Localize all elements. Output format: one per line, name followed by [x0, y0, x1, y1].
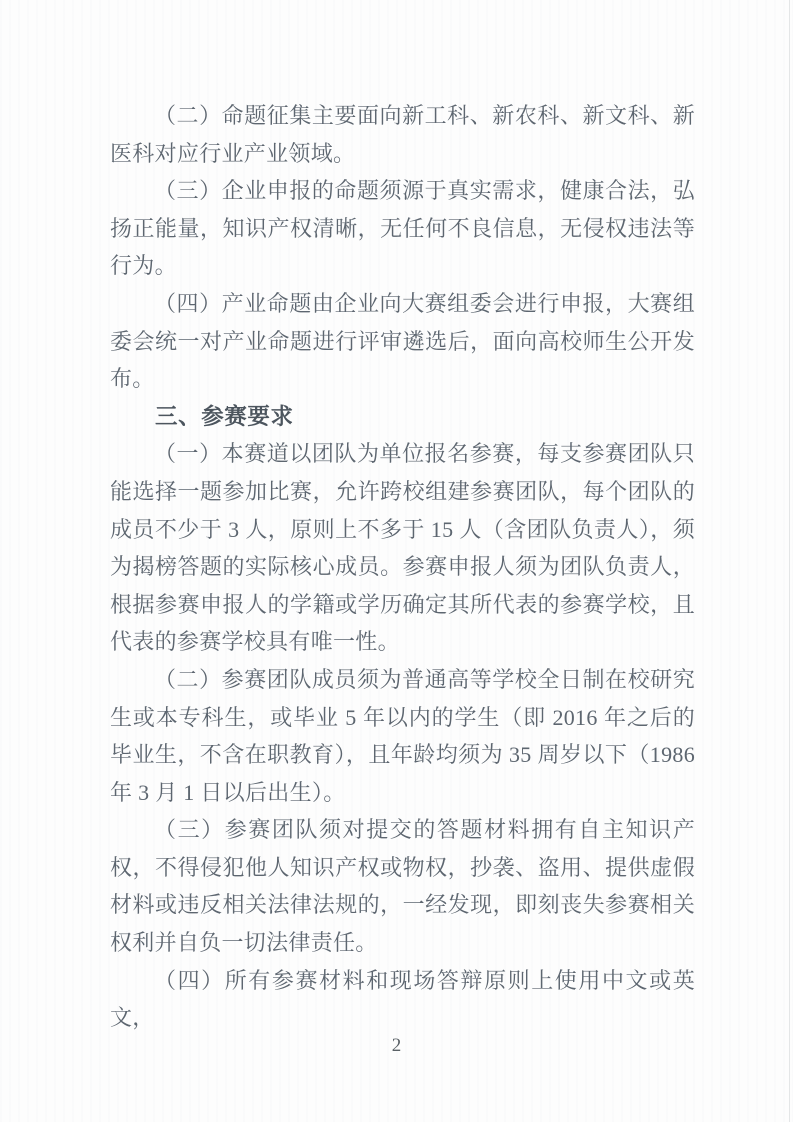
paragraph: （四）产业命题由企业向大赛组委会进行申报，大赛组委会统一对产业命题进行评审遴选后…	[110, 285, 695, 398]
document-page: （二）命题征集主要面向新工科、新农科、新文科、新医科对应行业产业领域。 （三）企…	[0, 0, 793, 1122]
paragraph: （一）本赛道以团队为单位报名参赛，每支参赛团队只能选择一题参加比赛，允许跨校组建…	[110, 435, 695, 661]
scan-edge-line	[789, 0, 790, 1122]
paragraph: （二）命题征集主要面向新工科、新农科、新文科、新医科对应行业产业领域。	[110, 97, 695, 172]
document-body: （二）命题征集主要面向新工科、新农科、新文科、新医科对应行业产业领域。 （三）企…	[110, 97, 695, 1037]
page-number: 2	[0, 1034, 793, 1058]
paragraph: （二）参赛团队成员须为普通高等学校全日制在校研究生或本专科生，或毕业 5 年以内…	[110, 661, 695, 811]
section-heading: 三、参赛要求	[110, 398, 695, 436]
paragraph: （三）企业申报的命题须源于真实需求，健康合法，弘扬正能量，知识产权清晰，无任何不…	[110, 172, 695, 285]
paragraph: （四）所有参赛材料和现场答辩原则上使用中文或英文，	[110, 962, 695, 1037]
paragraph: （三）参赛团队须对提交的答题材料拥有自主知识产权，不得侵犯他人知识产权或物权，抄…	[110, 811, 695, 961]
